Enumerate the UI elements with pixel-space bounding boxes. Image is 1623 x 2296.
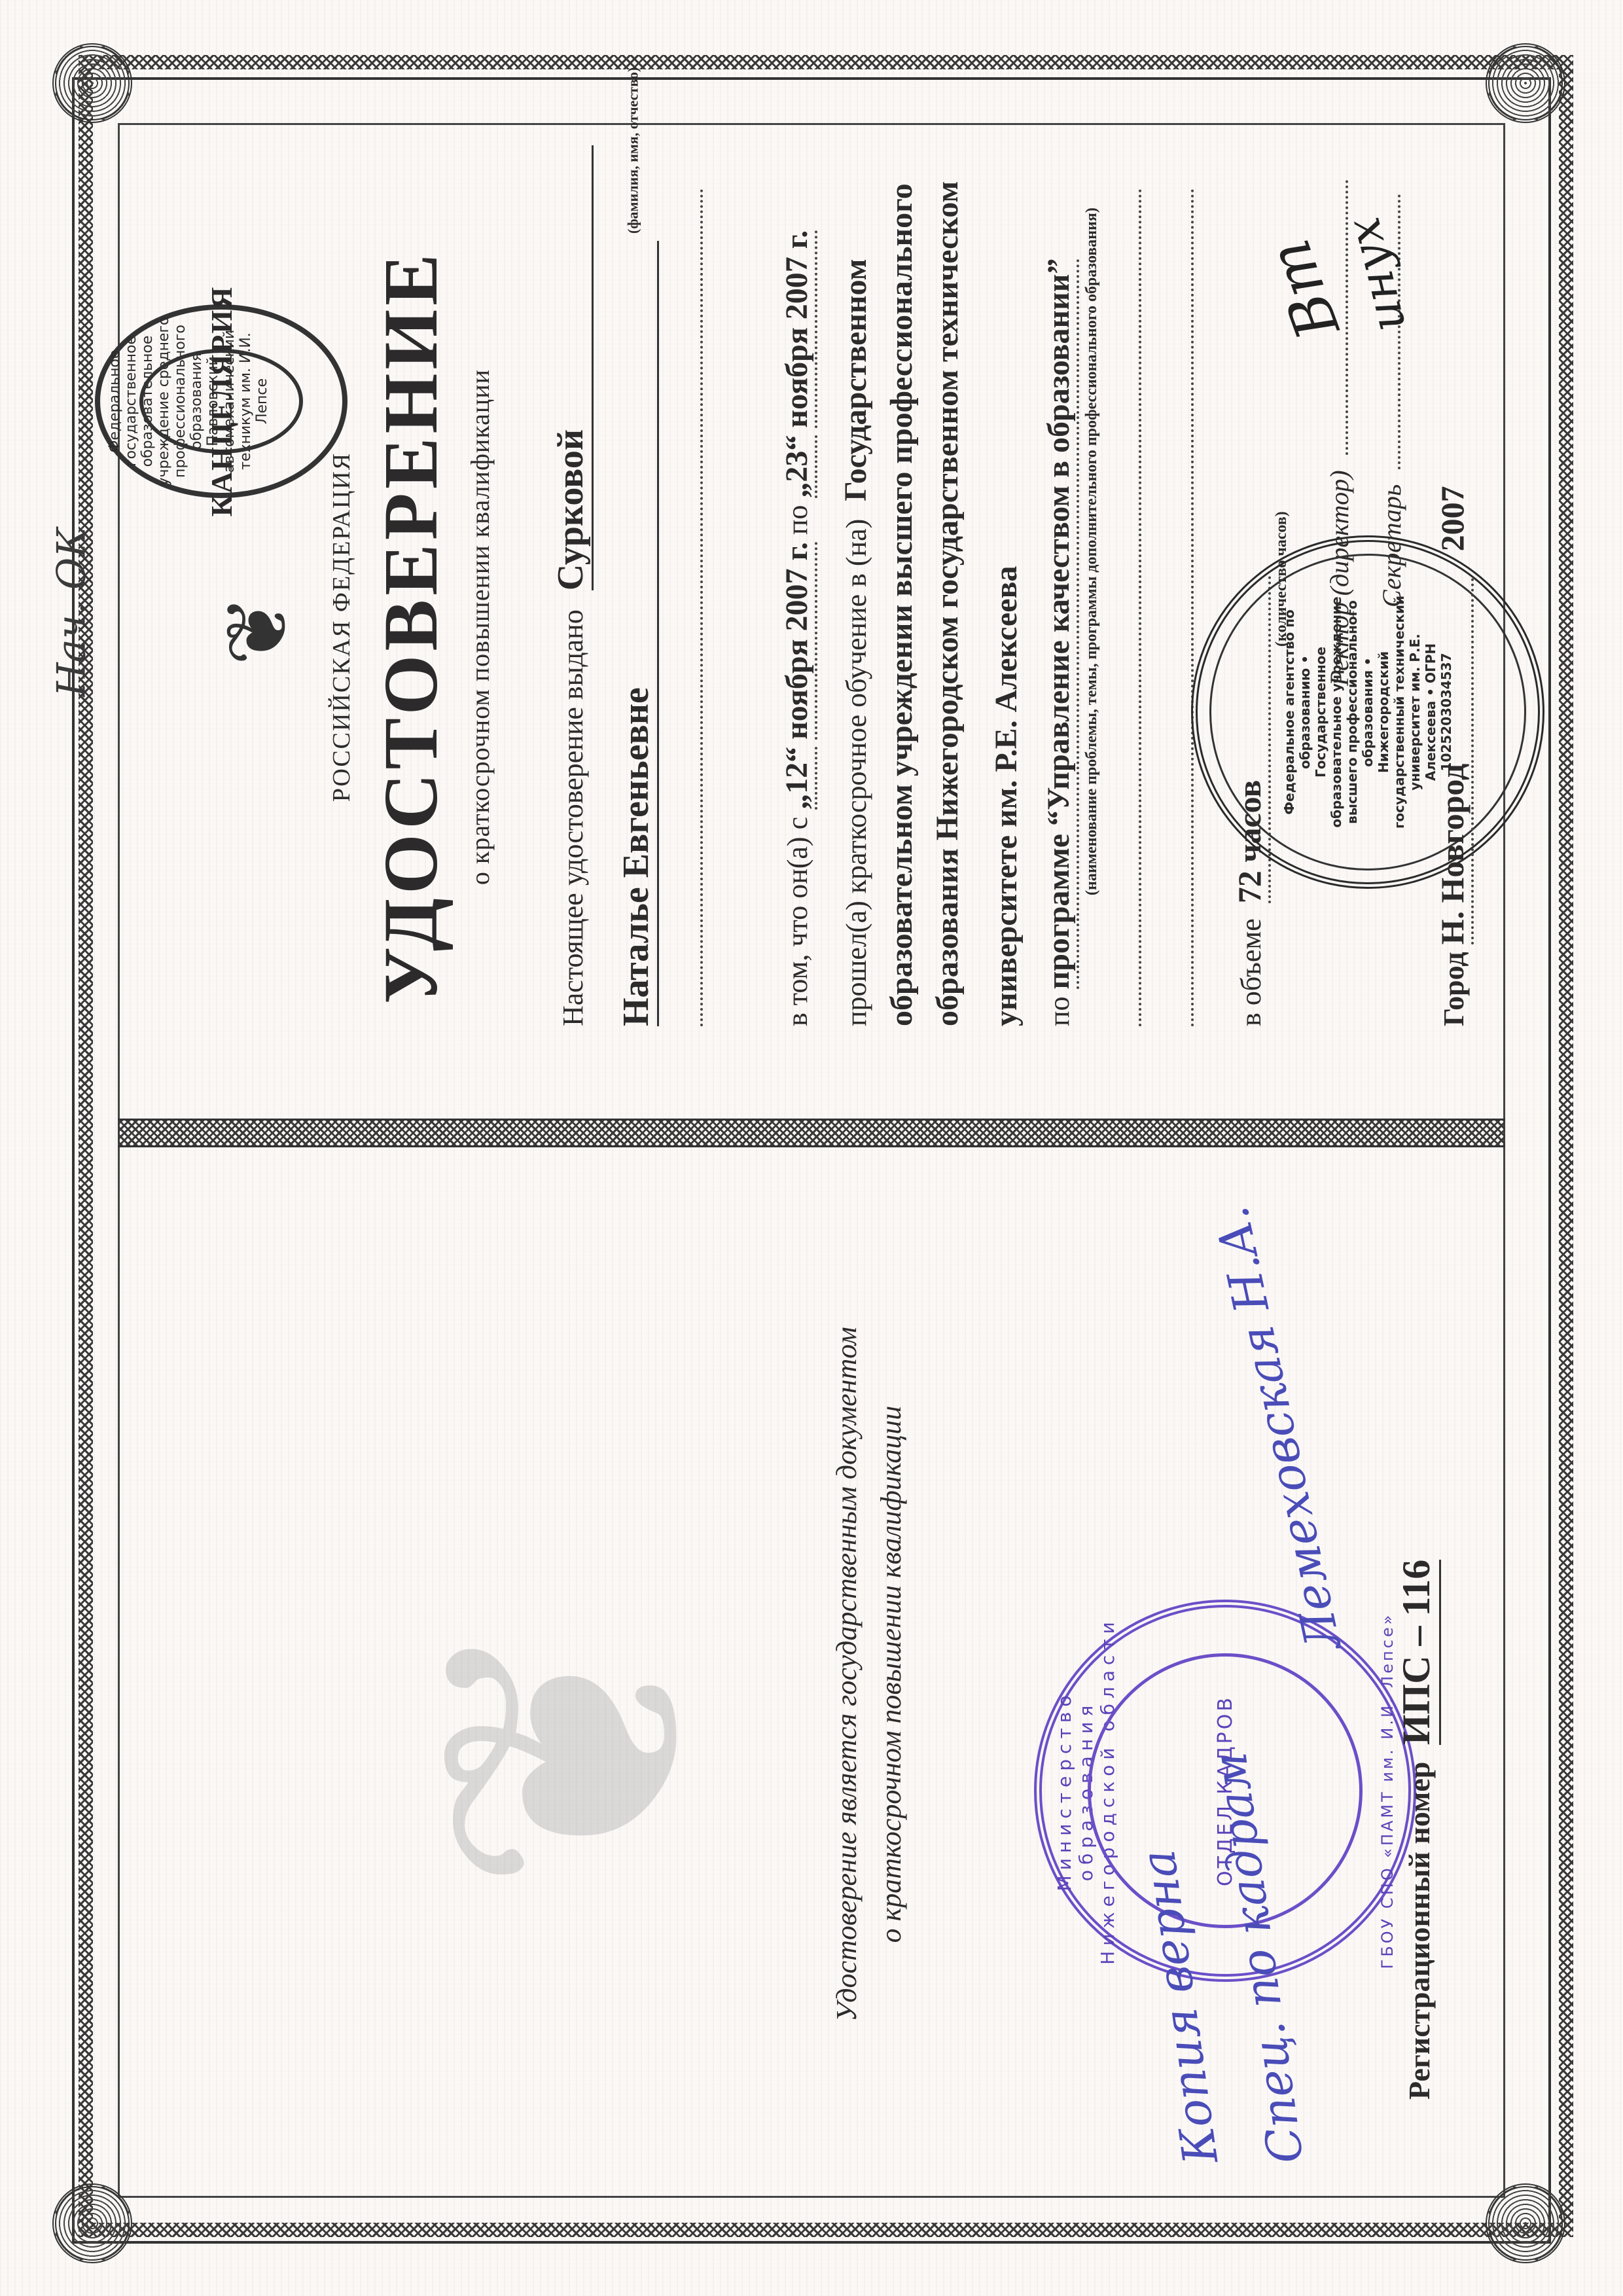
blank-line: [1139, 188, 1141, 1026]
training-label: прошел(а) краткосрочное обучение в (на): [840, 519, 872, 1026]
university-seal: Федеральное агентство по образованию • Г…: [1191, 535, 1544, 889]
end-month-year: ноября 2007 г.: [779, 230, 817, 428]
holder-surname: Сурковой: [550, 145, 594, 590]
back-page: ❦ Удостоверение является государственным…: [131, 1157, 1492, 2191]
front-page: ❦ РОССИЙСКАЯ ФЕДЕРАЦИЯ УДОСТОВЕРЕНИЕ о к…: [131, 149, 1492, 1105]
institution-text: университете им. Р.Е. Алексеева: [988, 188, 1024, 1026]
volume-label: в объеме: [1235, 918, 1267, 1026]
legal-note: Удостоверение является государственным д…: [825, 1157, 914, 2191]
city-value: Н. Новгород: [1433, 578, 1474, 944]
end-day: „23“: [779, 435, 817, 498]
registration-label: Регистрационный номер: [1402, 1762, 1436, 2100]
holder-name-row: Наталье Евгеньевне (фамилия, имя, отчест…: [615, 188, 659, 1026]
country-heading: РОССИЙСКАЯ ФЕДЕРАЦИЯ: [327, 149, 356, 1105]
period-prefix: в том, что он(а) с: [781, 817, 813, 1026]
registration-row: Регистрационный номер ИПС – 116: [1394, 1560, 1441, 2100]
start-month-year: ноября 2007 г.: [779, 542, 817, 740]
registration-number: ИПС – 116: [1394, 1560, 1441, 1745]
coat-of-arms-icon: ❦: [203, 575, 314, 686]
program-label: по: [1043, 996, 1075, 1026]
period-to: по: [781, 505, 813, 535]
training-row: прошел(а) краткосрочное обучение в (на) …: [838, 188, 874, 1026]
corner-rosette: [1486, 2183, 1565, 2263]
issue-year: 2007: [1434, 486, 1471, 551]
name-caption: (фамилия, имя, отчество): [624, 67, 641, 234]
program-caption: (наименование проблемы, темы, программы …: [1083, 207, 1101, 895]
margin-handwritten-note: Нач. ОК: [49, 527, 95, 696]
legal-note-line: Удостоверение является государственным д…: [825, 1157, 869, 2191]
corner-rosette: [52, 43, 132, 123]
city-row: Город Н. Новгород 2007: [1433, 188, 1474, 1026]
eagle-watermark-icon: ❦: [366, 1550, 772, 1956]
issued-to-label: Настоящее удостоверение выдано: [557, 609, 589, 1026]
legal-note-line: о краткосрочном повышении квалификации: [869, 1157, 914, 2191]
office-stamp-center-text: КАНЦЕЛЯРИЯ: [139, 349, 303, 454]
institution-text: образования Нижегородском государственно…: [929, 188, 965, 1026]
holder-given-names: Наталье Евгеньевне: [615, 241, 659, 1026]
blank-line: [700, 188, 703, 1026]
university-seal-text: Федеральное агентство по образованию • Г…: [1209, 554, 1526, 870]
program-row: по программе “Управление качеством в обр…: [1041, 188, 1079, 1026]
issued-to-row: Настоящее удостоверение выдано Сурковой: [550, 188, 594, 1026]
institution-text: образовательном учреждении высшего профе…: [883, 188, 919, 1026]
hr-signature: Лемеховская Н.А.: [1204, 1202, 1351, 1655]
city-label: Город: [1438, 952, 1470, 1026]
corner-rosette: [1486, 43, 1565, 123]
corner-rosette: [52, 2183, 132, 2263]
office-stamp: Федеральное государственное образователь…: [95, 304, 348, 498]
document-subtitle: о краткосрочном повышении квалификации: [465, 149, 495, 1105]
institution-text: Государственном: [838, 259, 873, 501]
document-title: УДОСТОВЕРЕНИЕ: [366, 149, 455, 1105]
center-fold-border: [118, 1119, 1505, 1147]
program-name: программе “Управление качеством в образо…: [1041, 259, 1079, 990]
blank-line: [1191, 188, 1194, 1026]
start-day: „12“: [779, 747, 817, 810]
period-row: в том, что он(а) с „12“ ноября 2007 г. п…: [779, 188, 817, 1026]
